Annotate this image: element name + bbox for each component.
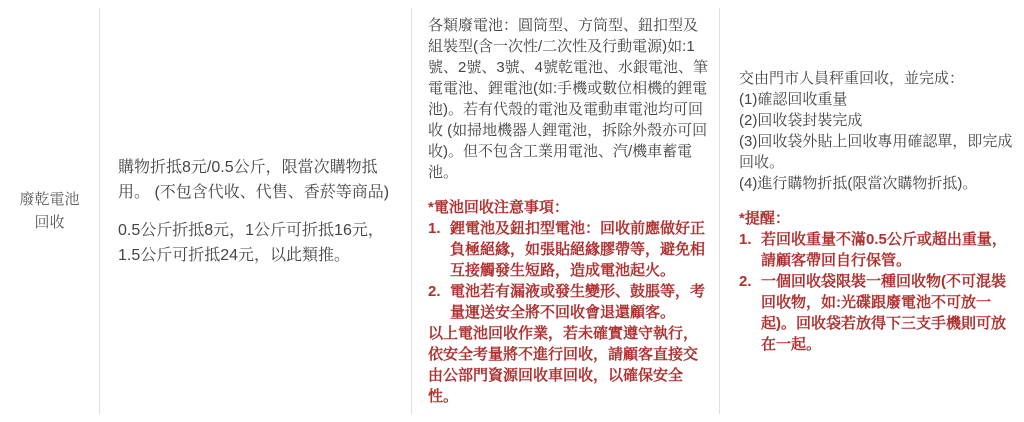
reminder-heading: *提醒： [739, 208, 1014, 229]
row-label-line1: 廢乾電池 [19, 188, 79, 211]
battery-types-cell: 各類廢電池：圓筒型、方筒型、鈕扣型及組裝型(含一次性/二次性及行動電源)如:1號… [412, 8, 720, 414]
procedure-block: 交由門市人員秤重回收，並完成： (1)確認回收重量 (2)回收袋封裝完成 (3)… [739, 68, 1014, 194]
reminder-item-1: 若回收重量不滿0.5公斤或超出重量，請顧客帶回自行保管。 [739, 229, 1014, 271]
battery-types-description: 各類廢電池：圓筒型、方筒型、鈕扣型及組裝型(含一次性/二次性及行動電源)如:1號… [428, 15, 709, 183]
reminder-item-2: 一個回收袋限裝一種回收物(不可混裝回收物，如:光碟跟廢電池不可放一起)。回收袋若… [739, 271, 1014, 355]
procedure-step-2: (2)回收袋封裝完成 [739, 110, 1014, 131]
procedure-intro: 交由門市人員秤重回收，並完成： [739, 68, 1014, 89]
procedure-step-1: (1)確認回收重量 [739, 89, 1014, 110]
battery-notice-item-2: 電池若有漏液或發生變形、鼓脹等，考量運送安全將不回收會退還顧客。 [428, 281, 709, 323]
battery-recycling-table-row: 廢乾電池 回收 購物折抵8元/0.5公斤，限當次購物抵用。 (不包含代收、代售、… [0, 8, 1024, 414]
procedure-step-3: (3)回收袋外貼上回收專用確認單，即完成回收。 [739, 131, 1014, 173]
battery-notice-list: 鋰電池及鈕扣型電池：回收前應做好正負極絕緣，如張貼絕緣膠帶等，避免相互接觸發生短… [428, 218, 709, 323]
reminder-block: *提醒： 若回收重量不滿0.5公斤或超出重量，請顧客帶回自行保管。 一個回收袋限… [739, 208, 1014, 355]
row-label: 廢乾電池 回收 [19, 188, 79, 234]
procedure-step-4: (4)進行購物折抵(限當次購物折抵)。 [739, 173, 1014, 194]
discount-paragraph-1: 購物折抵8元/0.5公斤，限當次購物抵用。 (不包含代收、代售、香菸等商品) [118, 155, 395, 205]
row-label-line2: 回收 [19, 211, 79, 234]
discount-paragraph-2: 0.5公斤折抵8元，1公斤可折抵16元，1.5公斤可折抵24元，以此類推。 [118, 218, 395, 268]
battery-notice-block: *電池回收注意事項： 鋰電池及鈕扣型電池：回收前應做好正負極絕緣，如張貼絕緣膠帶… [428, 197, 709, 407]
row-header-cell: 廢乾電池 回收 [0, 8, 100, 414]
battery-notice-footer: 以上電池回收作業，若未確實遵守執行，依安全考量將不進行回收，請顧客直接交由公部門… [428, 323, 709, 407]
battery-notice-heading: *電池回收注意事項： [428, 197, 709, 218]
battery-notice-item-1: 鋰電池及鈕扣型電池：回收前應做好正負極絕緣，如張貼絕緣膠帶等，避免相互接觸發生短… [428, 218, 709, 281]
discount-cell: 購物折抵8元/0.5公斤，限當次購物抵用。 (不包含代收、代售、香菸等商品) 0… [100, 8, 412, 414]
reminder-list: 若回收重量不滿0.5公斤或超出重量，請顧客帶回自行保管。 一個回收袋限裝一種回收… [739, 229, 1014, 355]
procedure-cell: 交由門市人員秤重回收，並完成： (1)確認回收重量 (2)回收袋封裝完成 (3)… [720, 8, 1024, 414]
